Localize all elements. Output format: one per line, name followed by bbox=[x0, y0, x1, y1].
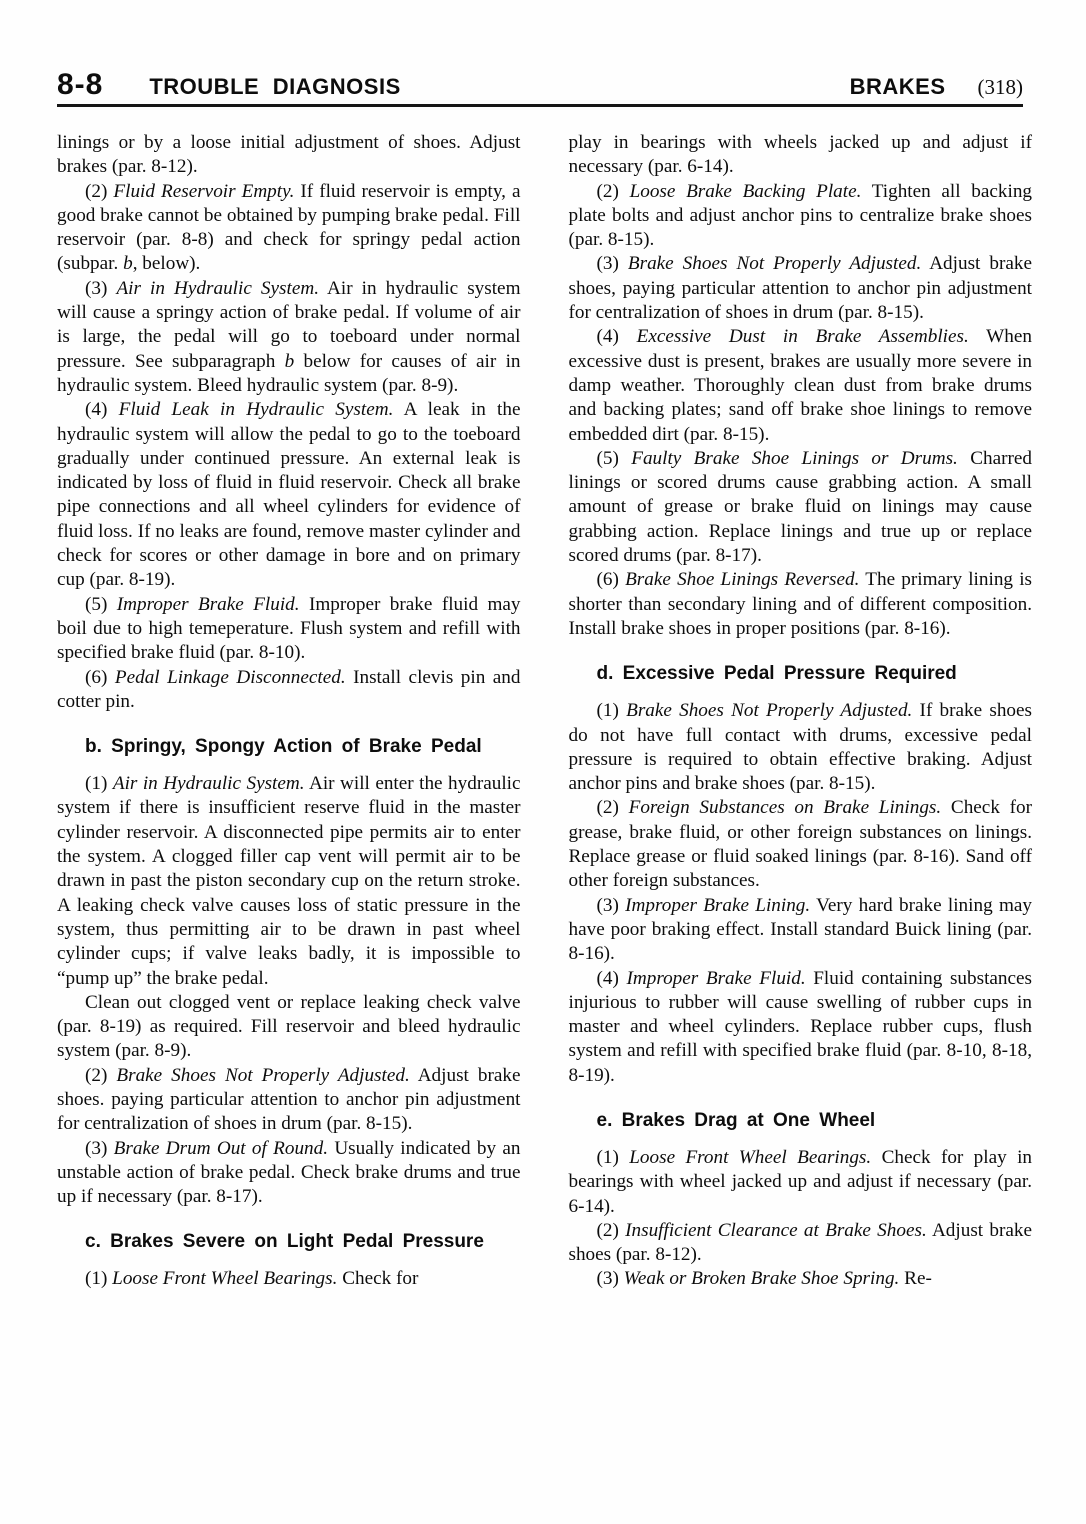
italic-text-run: b bbox=[285, 351, 295, 372]
paragraph: (5) Improper Brake Fluid. Improper brake… bbox=[57, 593, 521, 666]
header-rule bbox=[57, 104, 1023, 107]
italic-text-run: Loose Brake Backing Plate. bbox=[630, 181, 862, 202]
paragraph: (1) Loose Front Wheel Bearings. Check fo… bbox=[569, 1146, 1033, 1219]
paragraph: (2) Foreign Substances on Brake Linings.… bbox=[569, 796, 1033, 893]
text-run: (2) bbox=[597, 797, 629, 818]
italic-text-run: Loose Front Wheel Bearings. bbox=[629, 1147, 871, 1168]
paragraph: (2) Brake Shoes Not Properly Adjusted. A… bbox=[57, 1064, 521, 1137]
paragraph: (1) Air in Hydraulic System. Air will en… bbox=[57, 772, 521, 991]
text-run: (3) bbox=[597, 1268, 624, 1289]
text-run: A leak in the hydraulic system will allo… bbox=[57, 399, 521, 590]
text-run: (1) bbox=[85, 773, 113, 794]
paragraph: (4) Excessive Dust in Brake Assemblies. … bbox=[569, 325, 1033, 446]
paragraph: (5) Faulty Brake Shoe Linings or Drums. … bbox=[569, 447, 1033, 568]
text-run: play in bearings with wheels jacked up a… bbox=[569, 132, 1033, 177]
text-run: (2) bbox=[85, 181, 113, 202]
section-heading: d. Excessive Pedal Pressure Required bbox=[597, 662, 1033, 686]
text-run: (4) bbox=[597, 968, 627, 989]
italic-text-run: Air in Hydraulic System. bbox=[113, 773, 305, 794]
paragraph: (1) Brake Shoes Not Properly Adjusted. I… bbox=[569, 699, 1033, 796]
content-columns: linings or by a loose initial adjustment… bbox=[57, 131, 1032, 1292]
section-heading: b. Springy, Spongy Action of Brake Pedal bbox=[85, 735, 521, 759]
paragraph: (3) Weak or Broken Brake Shoe Spring. Re… bbox=[569, 1267, 1033, 1291]
italic-text-run: Brake Shoe Linings Reversed. bbox=[625, 569, 859, 590]
manual-page: 8-8 TROUBLE DIAGNOSIS BRAKES (318) linin… bbox=[0, 0, 1086, 1524]
paragraph: (3) Improper Brake Lining. Very hard bra… bbox=[569, 894, 1033, 967]
italic-text-run: Foreign Substances on Brake Linings. bbox=[629, 797, 942, 818]
italic-text-run: Improper Brake Fluid. bbox=[117, 594, 300, 615]
text-run: Re- bbox=[899, 1268, 932, 1289]
text-run: (6) bbox=[85, 667, 115, 688]
paragraph: (4) Improper Brake Fluid. Fluid containi… bbox=[569, 967, 1033, 1088]
section-heading: e. Brakes Drag at One Wheel bbox=[597, 1109, 1033, 1133]
text-run: Air will enter the hydraulic system if t… bbox=[57, 773, 521, 988]
text-run: (3) bbox=[597, 253, 628, 274]
text-run: (2) bbox=[85, 1065, 116, 1086]
paragraph: (4) Fluid Leak in Hydraulic System. A le… bbox=[57, 398, 521, 592]
text-run: Clean out clogged vent or replace leakin… bbox=[57, 992, 521, 1062]
text-run: (1) bbox=[597, 1147, 630, 1168]
section-number: 8-8 bbox=[57, 68, 103, 102]
text-run: (4) bbox=[85, 399, 119, 420]
text-run: (5) bbox=[597, 448, 632, 469]
text-run: (5) bbox=[85, 594, 117, 615]
text-run: (3) bbox=[597, 895, 626, 916]
text-run: (2) bbox=[597, 1220, 626, 1241]
page-title: BRAKES bbox=[850, 74, 946, 100]
italic-text-run: Faulty Brake Shoe Linings or Drums. bbox=[631, 448, 958, 469]
paragraph: (6) Pedal Linkage Disconnected. Install … bbox=[57, 666, 521, 715]
text-run: (1) bbox=[85, 1268, 112, 1289]
italic-text-run: Air in Hydraulic System. bbox=[116, 278, 319, 299]
paragraph: (2) Fluid Reservoir Empty. If fluid rese… bbox=[57, 180, 521, 277]
italic-text-run: Brake Drum Out of Round. bbox=[114, 1138, 328, 1159]
text-run: (1) bbox=[597, 700, 627, 721]
column-right: play in bearings with wheels jacked up a… bbox=[569, 131, 1033, 1292]
italic-text-run: Brake Shoes Not Properly Adjusted. bbox=[626, 700, 912, 721]
italic-text-run: Insufficient Clearance at Brake Shoes. bbox=[625, 1220, 927, 1241]
italic-text-run: b bbox=[123, 253, 133, 274]
text-run: (6) bbox=[597, 569, 626, 590]
section-heading: c. Brakes Severe on Light Pedal Pressure bbox=[85, 1230, 521, 1254]
column-left: linings or by a loose initial adjustment… bbox=[57, 131, 521, 1292]
italic-text-run: Loose Front Wheel Bearings. bbox=[112, 1268, 337, 1289]
paragraph: (2) Insufficient Clearance at Brake Shoe… bbox=[569, 1219, 1033, 1268]
text-run: linings or by a loose initial adjustment… bbox=[57, 132, 521, 177]
italic-text-run: Fluid Reservoir Empty. bbox=[113, 181, 294, 202]
italic-text-run: Excessive Dust in Brake Assemblies. bbox=[637, 326, 969, 347]
page-number: (318) bbox=[978, 75, 1024, 100]
chapter-title: TROUBLE DIAGNOSIS bbox=[149, 74, 400, 100]
italic-text-run: Improper Brake Lining. bbox=[625, 895, 810, 916]
paragraph: (3) Air in Hydraulic System. Air in hydr… bbox=[57, 277, 521, 398]
text-run: (4) bbox=[597, 326, 637, 347]
italic-text-run: Fluid Leak in Hydraulic System. bbox=[119, 399, 394, 420]
italic-text-run: Pedal Linkage Disconnected. bbox=[115, 667, 346, 688]
italic-text-run: Weak or Broken Brake Shoe Spring. bbox=[624, 1268, 900, 1289]
text-run: (3) bbox=[85, 278, 116, 299]
paragraph: (3) Brake Drum Out of Round. Usually ind… bbox=[57, 1137, 521, 1210]
italic-text-run: Brake Shoes Not Properly Adjusted. bbox=[116, 1065, 409, 1086]
text-run: (3) bbox=[85, 1138, 114, 1159]
paragraph: Clean out clogged vent or replace leakin… bbox=[57, 991, 521, 1064]
text-run: Check for bbox=[337, 1268, 418, 1289]
paragraph: (2) Loose Brake Backing Plate. Tighten a… bbox=[569, 180, 1033, 253]
page-header: 8-8 TROUBLE DIAGNOSIS BRAKES (318) bbox=[57, 68, 1023, 102]
paragraph: (3) Brake Shoes Not Properly Adjusted. A… bbox=[569, 252, 1033, 325]
paragraph: (1) Loose Front Wheel Bearings. Check fo… bbox=[57, 1267, 521, 1291]
paragraph: play in bearings with wheels jacked up a… bbox=[569, 131, 1033, 180]
paragraph: linings or by a loose initial adjustment… bbox=[57, 131, 521, 180]
italic-text-run: Brake Shoes Not Properly Adjusted. bbox=[628, 253, 921, 274]
text-run: (2) bbox=[597, 181, 630, 202]
paragraph: (6) Brake Shoe Linings Reversed. The pri… bbox=[569, 568, 1033, 641]
text-run: , below). bbox=[133, 253, 201, 274]
italic-text-run: Improper Brake Fluid. bbox=[626, 968, 805, 989]
